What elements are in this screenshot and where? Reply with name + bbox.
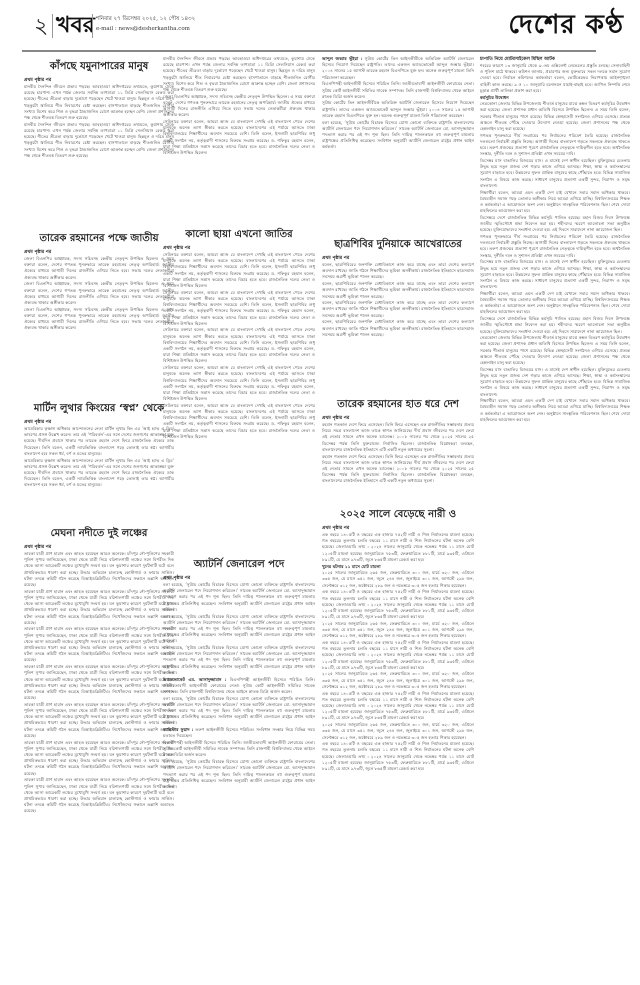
article-body: বলেন, ছাত্রশিবিরের জনশক্তি মেধাবিকাশে কা… [322,262,474,338]
column-1: কাঁপছে যমুনাপারের মানুষ প্রথম পৃষ্ঠার পর… [24,56,174,943]
subhead: ব্যারিস্টার ফুয়াদ : [163,727,193,732]
article-headline[interactable]: ছাত্রশিবির দুনিয়াকে আখেরাতের [322,238,474,252]
article-headline[interactable]: মার্টিন লুথার কিংয়ের ‘স্বপ্ন’ থেকে [24,402,174,416]
column-2: মানবীয় দৈনন্দিন জীবনে প্রভাব পড়ছে। আবহ… [163,56,315,984]
continued-from-label: প্রথম পৃষ্ঠার পর [163,575,315,582]
article-body: তারকা যাত্রী প্রাণ হারান এবং আহত হয়েছেন… [24,551,174,815]
article-body: সেমিনারে বক্তারা বলেন, আমরা আজ যে বাংলাদ… [163,252,315,440]
column-3: আব্দুল জব্বার ভূঁইয়া : সুপ্রিম কোর্টের … [322,56,474,974]
subhead: চাপাতি নিয়ে মোটরসাইকেল মিছিল আটক [480,56,630,63]
article-body: মানবীয় দৈনন্দিন জীবনে প্রভাব পড়ছে। আবহ… [24,84,174,159]
newspaper-logo: দেশের কণ্ঠ [508,10,624,40]
continued-from-label: প্রথম পৃষ্ঠার পর [24,544,174,551]
page-number: ২ [34,14,48,40]
continued-from-label: প্রথম পৃষ্ঠার পর [322,525,474,532]
article-attorney-general: অ্যাটর্নি জেনারেল পদে প্রথম পৃষ্ঠার পর ব… [163,554,315,984]
article-meghna: মেঘনা নদীতে দুই লঞ্চের প্রথম পৃষ্ঠার পর … [24,523,174,943]
article-headline[interactable]: কালো ছায়া এখনো জাতির [163,228,315,242]
subhead: কর্মসূচির উদ্বোধন [480,95,509,100]
article-body: জেলা বিএনপির আহ্বায়ক, সদস্য সচিবসহ কেন্… [24,256,174,331]
dateline: শনিবার ২৭ ডিসেম্বর ২০২৫, ১২ পৌষ ১৪৩২ [96,15,195,23]
article-nari-shishu: ২০২৫ সালে বেড়েছে নারী ও প্রথম পৃষ্ঠার প… [322,504,474,974]
article-body: রহমান গতকাল দেশে ফিরে এসেছেন। তিনি ফিরে … [322,422,474,485]
article-headline[interactable]: তারেক রহমানের হাত ধরে দেশ [322,398,474,412]
article-chhatrashibir: ছাত্রশিবির দুনিয়াকে আখেরাতের প্রথম পৃষ্… [322,234,474,394]
continued-from-label: প্রথম পৃষ্ঠার পর [24,77,174,84]
continued-from-label: প্রথম পৃষ্ঠার পর [163,245,315,252]
continued-from-label: প্রথম পৃষ্ঠার পর [24,249,174,256]
article-body: এক বছরে ১৪০৫টি ও বছরের এক হাজার ৭৫২টি না… [322,532,474,772]
divider [52,14,53,38]
section-name: খবর [56,13,95,39]
masthead: ২ খবর শনিবার ২৭ ডিসেম্বর ২০২৫, ১২ পৌষ ১৪… [0,0,640,54]
article-body: বলা হয়েছে, ‘সুপ্রিম কোর্টের বিচারক হিসে… [163,582,315,790]
email-link[interactable]: e-mail : news@desherkantha.com [96,25,190,33]
article-headline[interactable]: কাঁপছে যমুনাপারের মানুষ [24,60,174,74]
article-col4: চাপাতি নিয়ে মোটরসাইকেল মিছিল আটক শহরের … [480,56,630,916]
article-headline[interactable]: ২০২৫ সালে বেড়েছে নারী ও [322,508,474,522]
article-body: আমেরিকার কৃষ্ণাঙ্গ অধিকার আন্দোলনের নেতা… [24,426,174,489]
article-headline[interactable]: তারেক রহমানের পক্ষে জাতীয় [24,232,174,246]
divider [92,14,93,38]
article-body-continued: মানবীয় দৈনন্দিন জীবনে প্রভাব পড়ছে। আবহ… [163,56,315,224]
article-kalo-chhaya: কালো ছায়া এখনো জাতির প্রথম পৃষ্ঠার পর স… [163,224,315,554]
article-headline[interactable]: মেঘনা নদীতে দুই লঞ্চের [24,527,174,541]
article-tarek-jatiyo: তারেক রহমানের পক্ষে জাতীয় প্রথম পৃষ্ঠার… [24,228,174,398]
header-rule [22,50,596,52]
article-martin-luther: মার্টিন লুথার কিংয়ের ‘স্বপ্ন’ থেকে প্রথ… [24,398,174,523]
continued-from-label: প্রথম পৃষ্ঠার পর [322,255,474,262]
article-body: শহরের কারণে ১৩ জানুয়ারি থেকে ৯০তম এক্সি… [480,63,630,423]
article-kapchhe: কাঁপছে যমুনাপারের মানুষ প্রথম পৃষ্ঠার পর… [24,56,174,228]
continued-from-label: প্রথম পৃষ্ঠার পর [322,415,474,422]
article-tarek-haat-dhore: তারেক রহমানের হাত ধরে দেশ প্রথম পৃষ্ঠার … [322,394,474,504]
subhead: আব্দুল জব্বার ভূঁইয়া : [322,56,362,61]
column-4: চাপাতি নিয়ে মোটরসাইকেল মিছিল আটক শহরের … [480,56,630,916]
subhead: খুনের ঘটনার ১১ মাসে মোট মামলা [322,564,381,569]
continued-from-label: প্রথম পৃষ্ঠার পর [24,419,174,426]
article-body-continued: আব্দুল জব্বার ভূঁইয়া : সুপ্রিম কোর্টের … [322,56,474,234]
article-headline[interactable]: অ্যাটর্নি জেনারেল পদে [163,558,315,572]
subhead: অ্যাডভোকেট এম. আসাদুজ্জামান : [163,677,226,682]
